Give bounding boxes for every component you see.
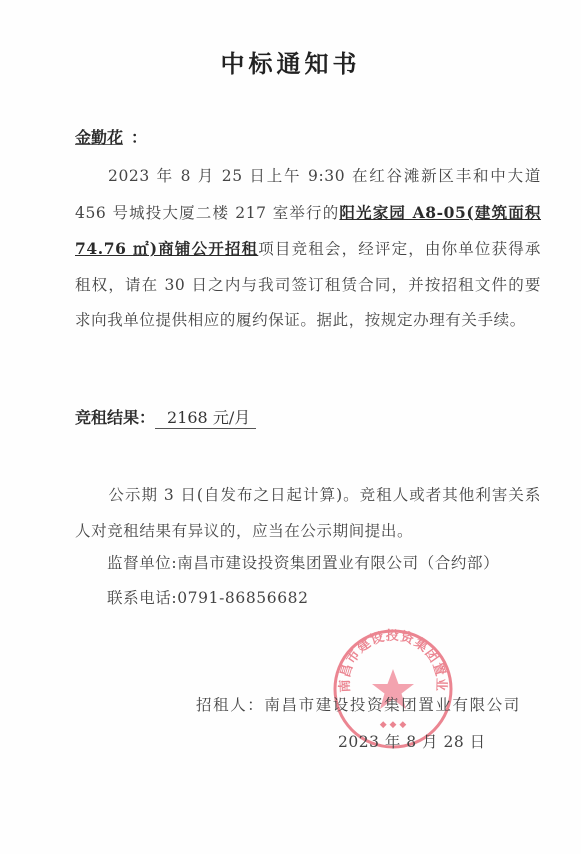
- signer-line: 招租人：南昌市建设投资集团置业有限公司: [196, 693, 521, 715]
- addressee-name: 金勤花: [75, 128, 131, 147]
- issue-date: 2023 年 8 月 28 日: [338, 730, 486, 752]
- award-paragraph: 2023 年 8 月 25 日上午 9:30 在红谷滩新区丰和中大道456 号城…: [75, 159, 541, 339]
- phone-line: 联系电话:0791-86856682: [107, 586, 309, 608]
- supervisor-line: 监督单位:南昌市建设投资集团置业有限公司（合约部）: [107, 551, 499, 573]
- bid-result-label: 竞租结果：: [75, 408, 155, 427]
- addressee: 金勤花：: [75, 125, 147, 148]
- publicity-paragraph: 公示期 3 日(自发布之日起计算)。竞租人或者其他利害关系人对竞租结果有异议的，…: [75, 478, 541, 549]
- document-page: 中标通知书 金勤花： 2023 年 8 月 25 日上午 9:30 在红谷滩新区…: [0, 0, 581, 854]
- document-title: 中标通知书: [0, 44, 581, 79]
- addressee-colon: ：: [131, 128, 147, 147]
- publicity-text: 公示期 3 日(自发布之日起计算)。竞租人或者其他利害关系人对竞租结果有异议的，…: [75, 486, 541, 540]
- bid-result-value: 2168 元/月: [155, 408, 256, 429]
- svg-text:◆ ◆ ◆: ◆ ◆ ◆: [380, 720, 407, 730]
- bid-result: 竞租结果：2168 元/月: [75, 405, 256, 429]
